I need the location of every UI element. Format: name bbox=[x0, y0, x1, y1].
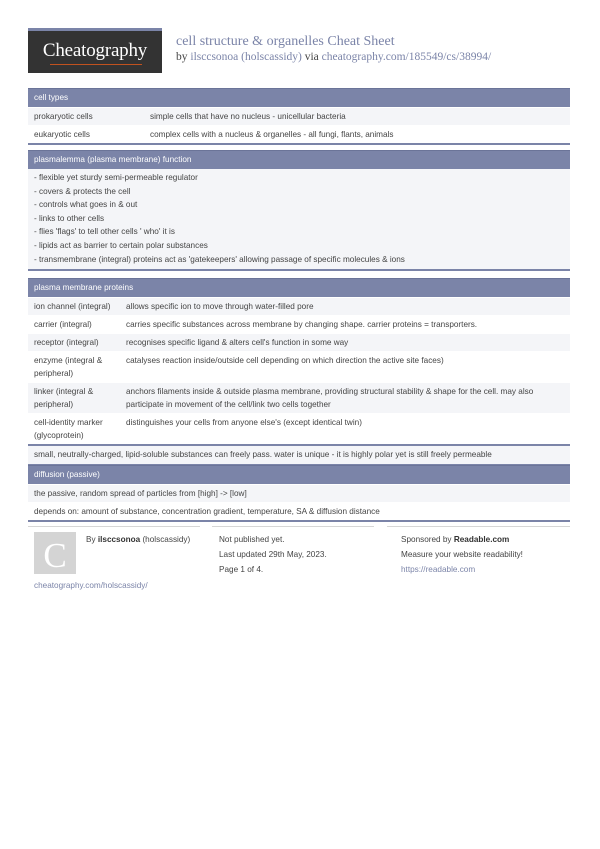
sponsor-name: Readable.com bbox=[454, 535, 510, 544]
footer-sponsor: Sponsored by Readable.com Measure your w… bbox=[401, 532, 523, 577]
published-status: Not published yet. bbox=[219, 532, 327, 547]
footer-author: By ilsccsonoa (holscassidy) bbox=[86, 532, 190, 547]
section-membrane-proteins: plasma membrane proteins ion channel (in… bbox=[28, 278, 570, 466]
row-key: enzyme (integral & peripheral) bbox=[34, 354, 126, 380]
author-avatar[interactable]: C bbox=[34, 532, 76, 574]
list-item: - covers & protects the cell bbox=[34, 185, 564, 199]
row-value: the passive, random spread of particles … bbox=[34, 487, 564, 500]
sponsored-label: Sponsored by bbox=[401, 535, 452, 544]
table-row: depends on: amount of substance, concent… bbox=[28, 502, 570, 520]
row-key: linker (integral & peripheral) bbox=[34, 385, 126, 411]
section-cell-types: cell types prokaryotic cells simple cell… bbox=[28, 88, 570, 145]
sheet-title: cell structure & organelles Cheat Sheet bbox=[176, 34, 395, 50]
logo-text: Cheatography bbox=[28, 40, 162, 62]
section-diffusion: diffusion (passive) the passive, random … bbox=[28, 465, 570, 522]
row-value: distinguishes your cells from anyone els… bbox=[126, 416, 564, 442]
table-row: receptor (integral) recognises specific … bbox=[28, 333, 570, 351]
list-item: - flies 'flags' to tell other cells ' wh… bbox=[34, 225, 564, 239]
table-row: ion channel (integral) allows specific i… bbox=[28, 297, 570, 315]
table-row: the passive, random spread of particles … bbox=[28, 484, 570, 502]
table-row: prokaryotic cells simple cells that have… bbox=[28, 107, 570, 125]
list-item: - transmembrane (integral) proteins act … bbox=[34, 253, 564, 267]
row-key: prokaryotic cells bbox=[34, 110, 150, 123]
page-header: Cheatography cell structure & organelles… bbox=[28, 28, 572, 74]
row-key: receptor (integral) bbox=[34, 336, 126, 349]
by-label: By bbox=[86, 535, 96, 544]
section-title: plasma membrane proteins bbox=[28, 278, 570, 297]
list-item: - flexible yet sturdy semi-permeable reg… bbox=[34, 171, 564, 185]
row-value: carries specific substances across membr… bbox=[126, 318, 564, 331]
row-value: simple cells that have no nucleus - unic… bbox=[150, 110, 564, 123]
row-value: depends on: amount of substance, concent… bbox=[34, 505, 564, 518]
row-key: ion channel (integral) bbox=[34, 300, 126, 313]
sponsor-link[interactable]: https://readable.com bbox=[401, 562, 523, 577]
table-row: eukaryotic cells complex cells with a nu… bbox=[28, 125, 570, 143]
footer-divider bbox=[28, 526, 200, 527]
row-value: anchors filaments inside & outside plasm… bbox=[126, 385, 564, 411]
list-item: - links to other cells bbox=[34, 212, 564, 226]
section-plasmalemma: plasmalemma (plasma membrane) function -… bbox=[28, 150, 570, 271]
list-item: - controls what goes in & out bbox=[34, 198, 564, 212]
via-label: via bbox=[305, 51, 319, 63]
author-link[interactable]: ilsccsonoa (holscassidy) bbox=[190, 51, 301, 63]
author-name[interactable]: ilsccsonoa bbox=[98, 535, 140, 544]
table-row: carrier (integral) carries specific subs… bbox=[28, 315, 570, 333]
table-row: enzyme (integral & peripheral) catalyses… bbox=[28, 351, 570, 382]
row-key: carrier (integral) bbox=[34, 318, 126, 331]
byline: by ilsccsonoa (holscassidy) via cheatogr… bbox=[176, 51, 491, 63]
table-row: cell-identity marker (glycoprotein) dist… bbox=[28, 413, 570, 444]
row-key: eukaryotic cells bbox=[34, 128, 150, 141]
row-value: allows specific ion to move through wate… bbox=[126, 300, 564, 313]
list-item: - lipids act as barrier to certain polar… bbox=[34, 239, 564, 253]
logo-underline bbox=[50, 64, 142, 65]
sponsor-tagline: Measure your website readability! bbox=[401, 547, 523, 562]
last-updated: Last updated 29th May, 2023. bbox=[219, 547, 327, 562]
by-label: by bbox=[176, 51, 188, 63]
page-number: Page 1 of 4. bbox=[219, 562, 327, 577]
row-value: complex cells with a nucleus & organelle… bbox=[150, 128, 564, 141]
table-row: linker (integral & peripheral) anchors f… bbox=[28, 382, 570, 413]
profile-link[interactable]: cheatography.com/holscassidy/ bbox=[34, 578, 148, 593]
section-title: plasmalemma (plasma membrane) function bbox=[28, 150, 570, 169]
author-handle: (holscassidy) bbox=[142, 535, 190, 544]
avatar-letter: C bbox=[34, 536, 76, 576]
row-value: recognises specific ligand & alters cell… bbox=[126, 336, 564, 349]
cheatography-logo[interactable]: Cheatography bbox=[28, 28, 162, 73]
section-title: cell types bbox=[28, 88, 570, 107]
row-key: cell-identity marker (glycoprotein) bbox=[34, 416, 126, 442]
footer-meta: Not published yet. Last updated 29th May… bbox=[219, 532, 327, 577]
sheet-url-link[interactable]: cheatography.com/185549/cs/38994/ bbox=[322, 51, 491, 63]
section-note: small, neutrally-charged, lipid-soluble … bbox=[28, 444, 570, 464]
bullet-list: - flexible yet sturdy semi-permeable reg… bbox=[28, 169, 570, 269]
footer-divider bbox=[212, 526, 374, 527]
row-value: catalyses reaction inside/outside cell d… bbox=[126, 354, 564, 380]
footer-divider bbox=[387, 526, 570, 527]
section-title: diffusion (passive) bbox=[28, 465, 570, 484]
